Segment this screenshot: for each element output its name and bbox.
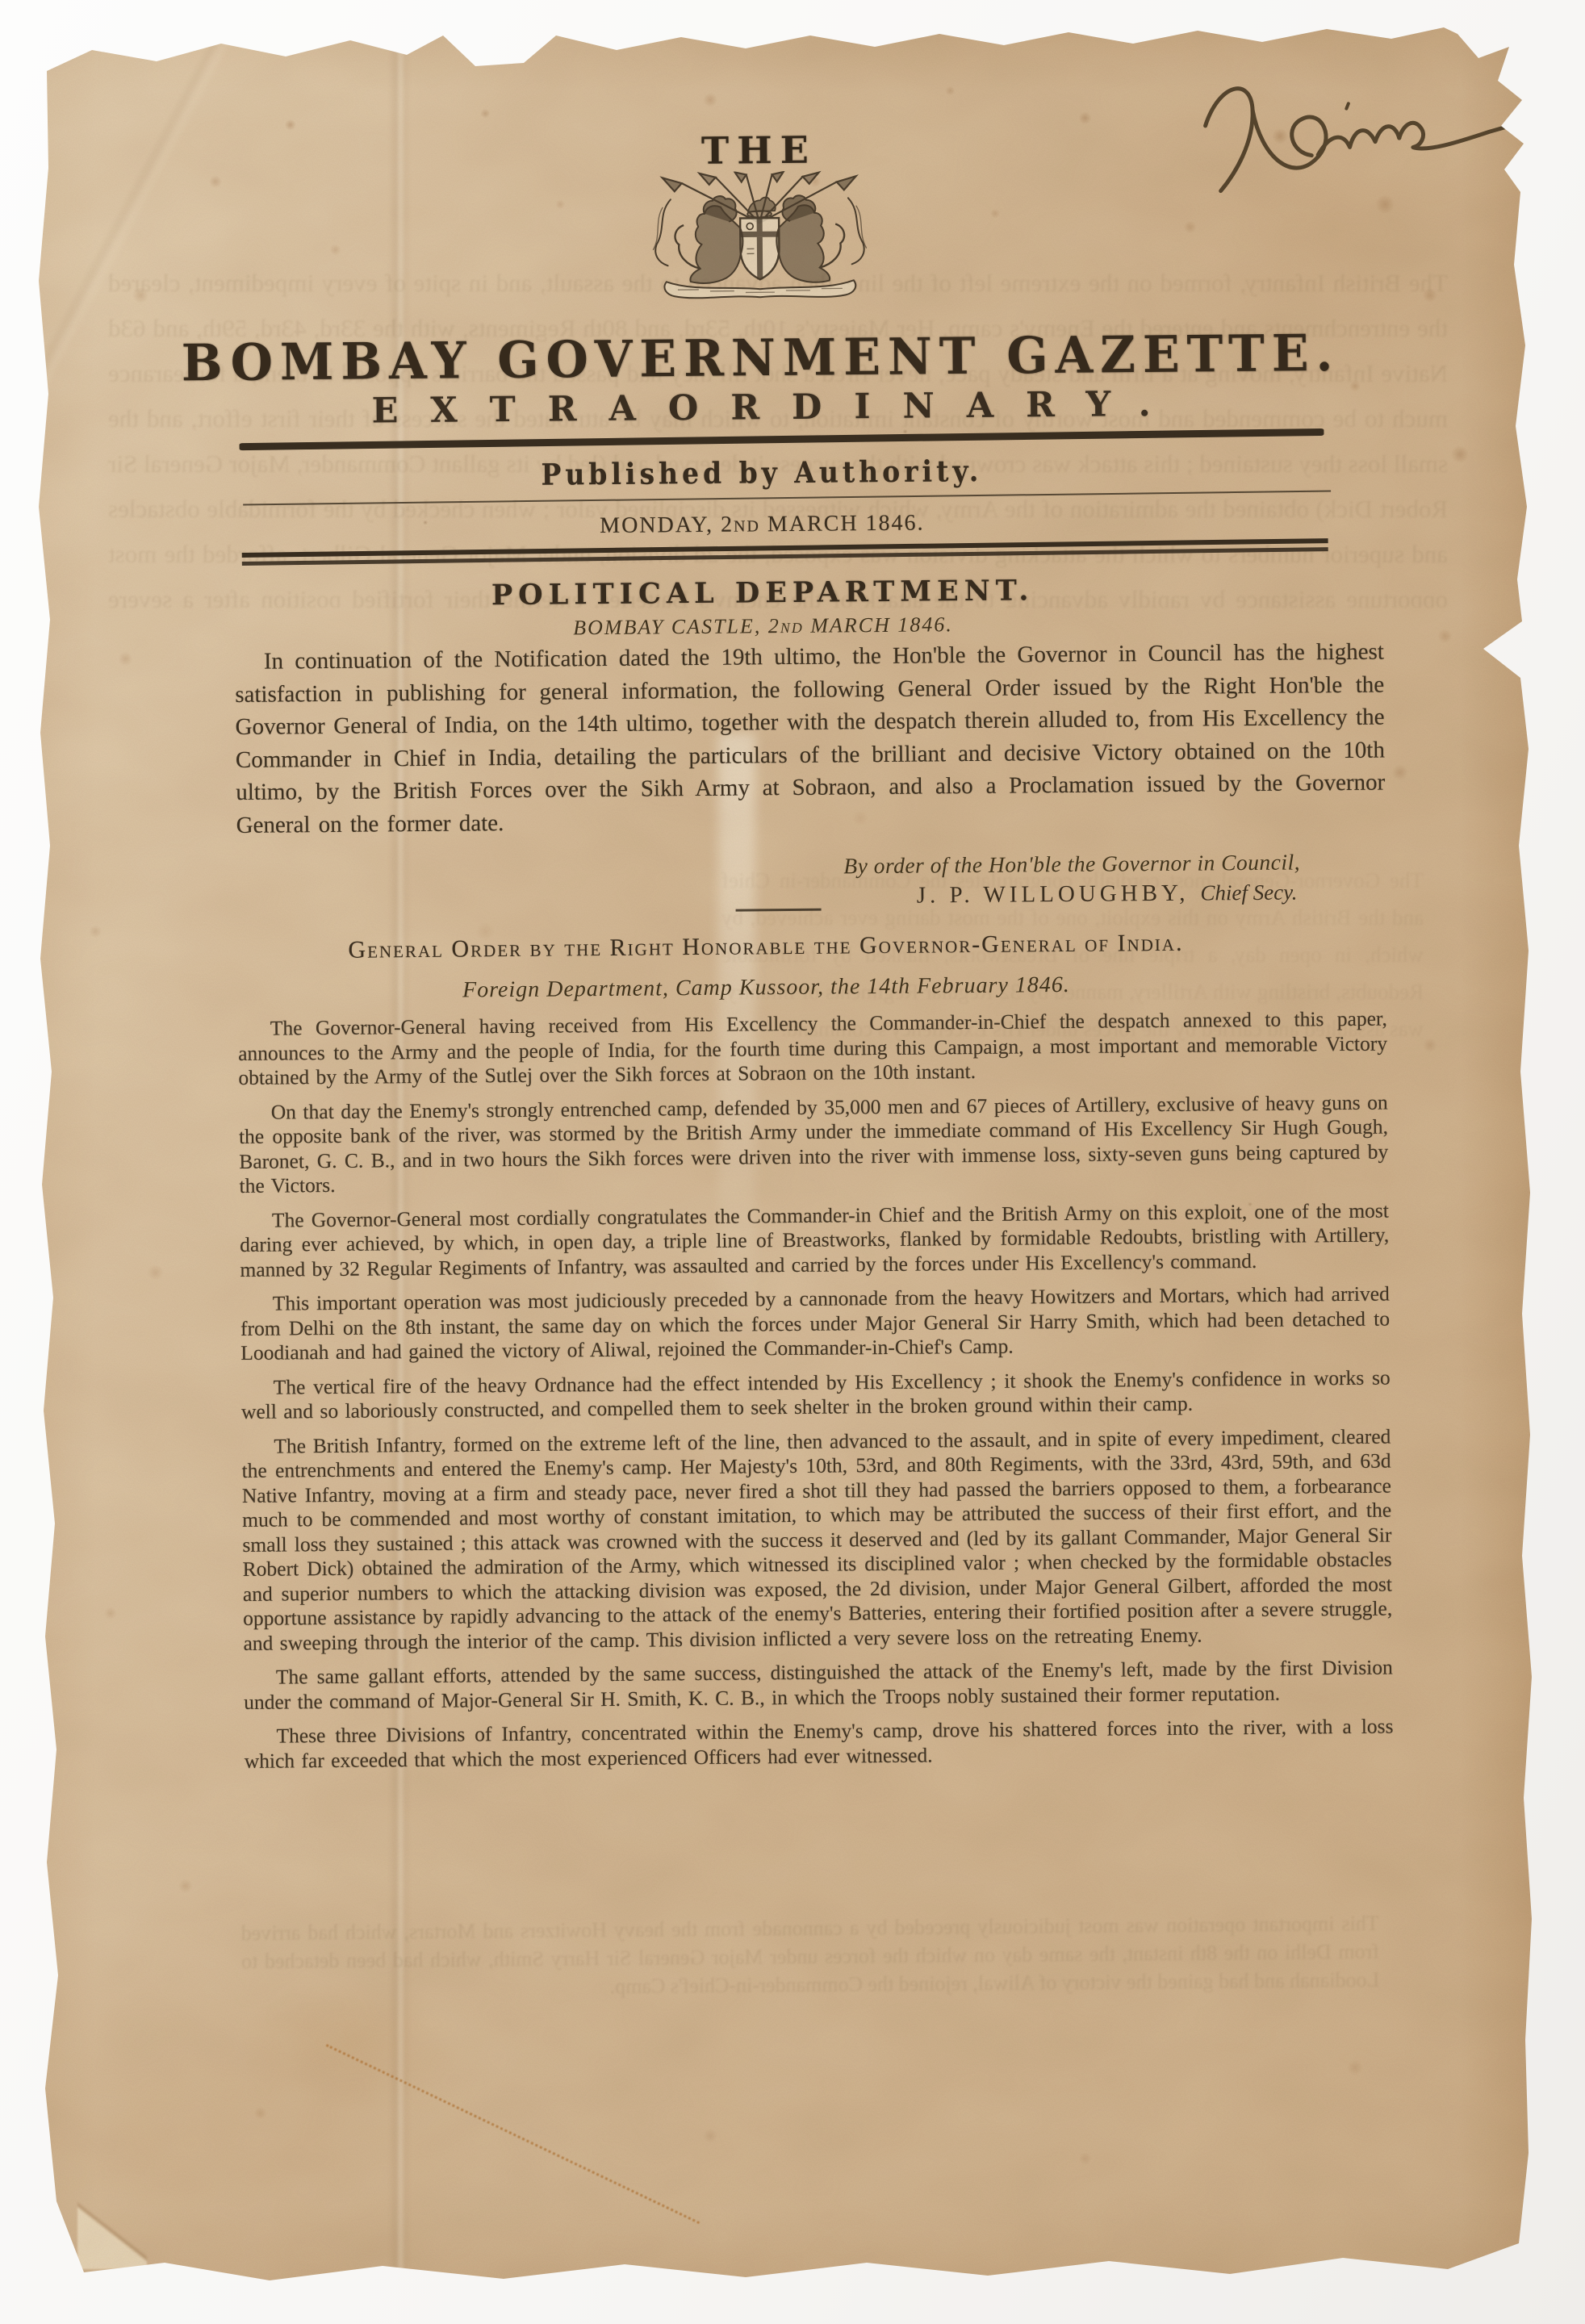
body-paragraph: These three Divisions of Infantry, conce…: [244, 1715, 1393, 1774]
general-order-body: The Governor-General having received fro…: [238, 1007, 1394, 1783]
by-order-line: By order of the Hon'ble the Governor in …: [236, 849, 1300, 884]
body-paragraph: On that day the Enemy's strongly entrenc…: [239, 1090, 1389, 1198]
double-rule-top: [242, 538, 1328, 558]
masthead-rule: [240, 428, 1324, 450]
gazette-page: The British Infantry, formed on the extr…: [36, 23, 1535, 2295]
intro-paragraph: In continuation of the Notification date…: [235, 636, 1386, 842]
double-rule-bottom: [242, 547, 1328, 566]
body-paragraph: The British Infantry, formed on the extr…: [241, 1424, 1392, 1656]
general-order-heading: General Order by the Right Honorable the…: [44, 926, 1488, 967]
coat-of-arms: [625, 170, 894, 300]
authority-line: Published by Authority.: [40, 449, 1484, 497]
signatory-title: Chief Secy.: [1200, 880, 1297, 905]
publication-date: MONDAY, 2nd MARCH 1846.: [40, 505, 1484, 544]
scan-background: { "document": { "masthead": { "article":…: [0, 0, 1585, 2324]
body-paragraph: The Governor-General having received fro…: [238, 1007, 1388, 1091]
foreign-department-dateline: Foreign Department, Camp Kussoor, the 14…: [44, 968, 1488, 1007]
body-paragraph: The vertical fire of the heavy Ordnance …: [241, 1365, 1391, 1424]
political-department-heading: POLITICAL DEPARTMENT.: [40, 570, 1485, 616]
body-paragraph: The same gallant efforts, attended by th…: [244, 1656, 1393, 1715]
printed-content: THE: [36, 16, 1555, 2301]
by-order-block: By order of the Hon'ble the Governor in …: [236, 849, 1301, 914]
body-paragraph: The Governor-General most cordially cong…: [240, 1198, 1390, 1282]
body-paragraph: This important operation was most judici…: [240, 1282, 1391, 1366]
signatory-name: J. P. WILLOUGHBY,: [917, 880, 1190, 909]
